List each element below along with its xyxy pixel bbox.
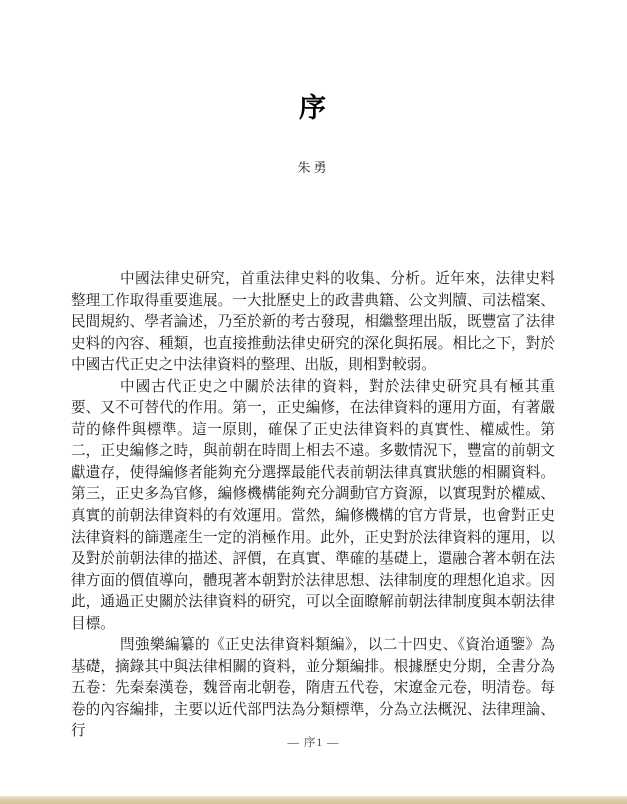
paragraph: 中國古代正史之中關於法律的資料，對於法律史研究具有極其重要、又不可替代的作用。第…	[71, 377, 555, 636]
paragraph: 閆強樂編纂的《正史法律資料類編》，以二十四史、《資治通鑒》為基礎，摘錄其中與法律…	[71, 635, 555, 743]
page-number: — 序1 —	[0, 734, 627, 750]
book-page: 序 朱勇 中國法律史研究，首重法律史料的收集、分析。近年來，法律史料整理工作取得…	[0, 0, 627, 804]
preface-body: 中國法律史研究，首重法律史料的收集、分析。近年來，法律史料整理工作取得重要進展。…	[71, 269, 555, 743]
author-name: 朱勇	[0, 157, 627, 176]
page-title: 序	[0, 86, 627, 125]
paragraph: 中國法律史研究，首重法律史料的收集、分析。近年來，法律史料整理工作取得重要進展。…	[71, 269, 555, 377]
book-edge-strip	[0, 796, 627, 804]
